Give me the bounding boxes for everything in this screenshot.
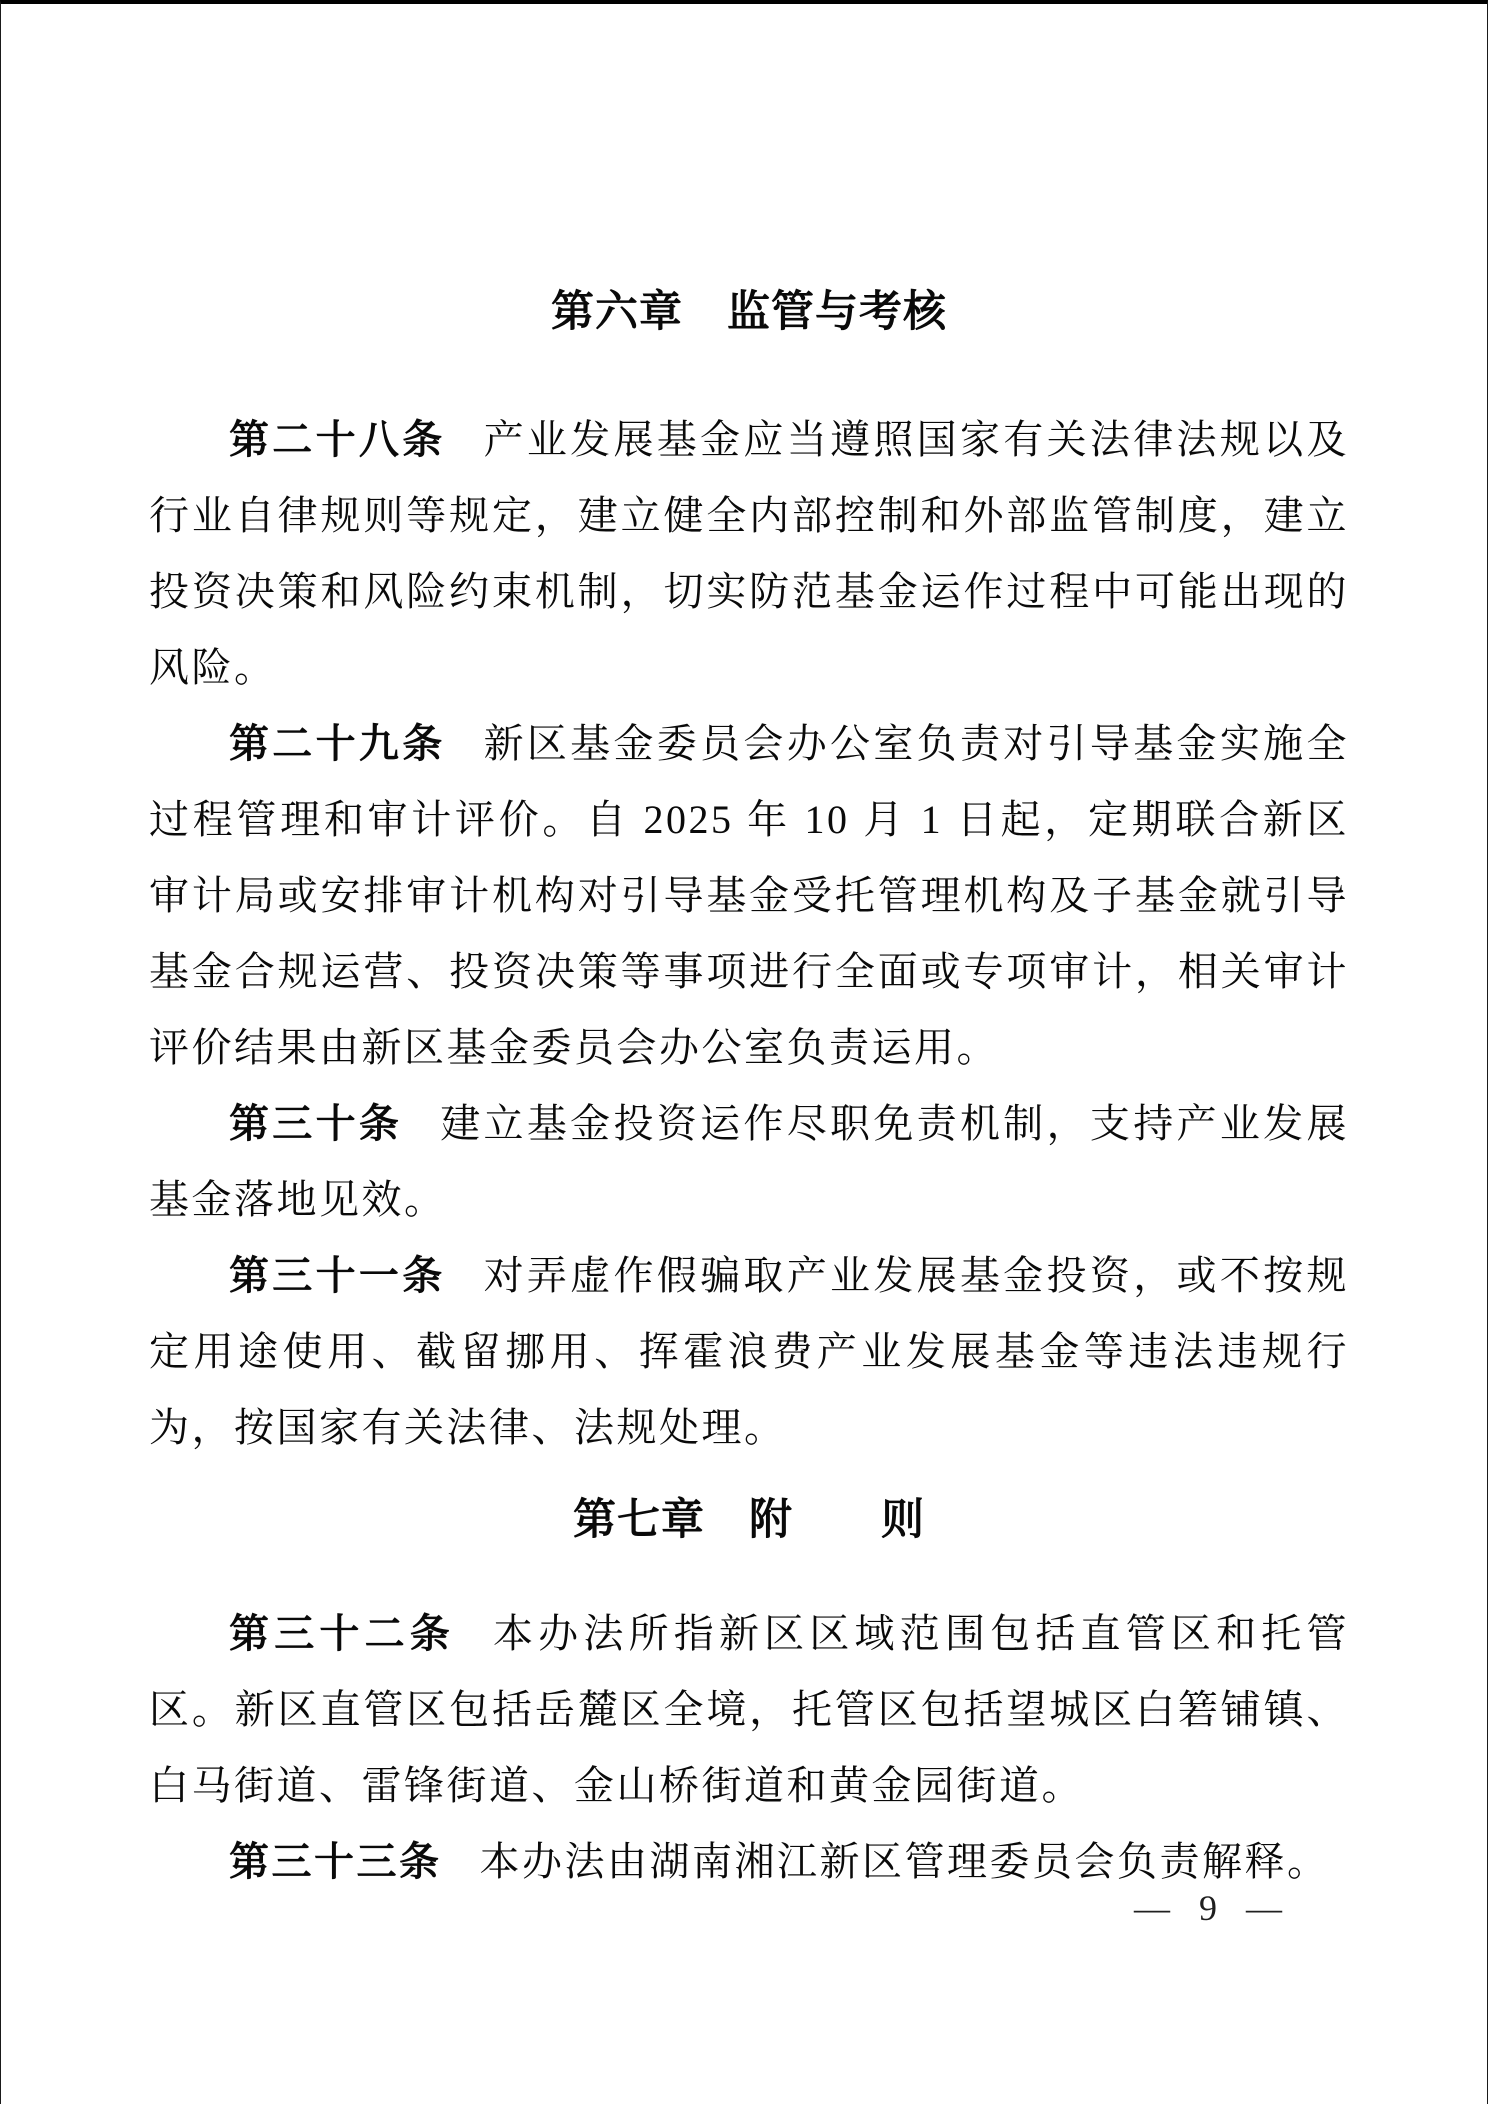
article-31: 第三十一条对弄虚作假骗取产业发展基金投资，或不按规定用途使用、截留挪用、挥霍浪费… [149, 1238, 1349, 1466]
article-33-text: 本办法由湖南湘江新区管理委员会负责解释。 [480, 1839, 1330, 1884]
article-32: 第三十二条本办法所指新区区域范围包括直管区和托管区。新区直管区包括岳麓区全境，托… [149, 1596, 1349, 1824]
document-body: 第六章 监管与考核 第二十八条产业发展基金应当遵照国家有关法律法规以及行业自律规… [149, 282, 1349, 1900]
article-31-number-label: 第三十一条 [229, 1254, 446, 1298]
article-29-text: 新区基金委员会办公室负责对引导基金实施全过程管理和审计评价。自 2025 年 1… [149, 721, 1349, 1070]
article-32-number-label: 第三十二条 [229, 1612, 455, 1656]
article-30: 第三十条建立基金投资运作尽职免责机制，支持产业发展基金落地见效。 [149, 1086, 1349, 1238]
article-29: 第二十九条新区基金委员会办公室负责对引导基金实施全过程管理和审计评价。自 202… [149, 706, 1349, 1086]
article-33-number-label: 第三十三条 [229, 1840, 442, 1884]
page-number: — 9 — [1134, 1888, 1284, 1928]
document-page: 第六章 监管与考核 第二十八条产业发展基金应当遵照国家有关法律法规以及行业自律规… [0, 0, 1488, 2104]
article-28-number-label: 第二十八条 [229, 418, 446, 462]
article-30-number-label: 第三十条 [229, 1102, 402, 1146]
article-28: 第二十八条产业发展基金应当遵照国家有关法律法规以及行业自律规则等规定，建立健全内… [149, 402, 1349, 706]
chapter-heading-6: 第六章 监管与考核 [149, 282, 1349, 342]
chapter-heading-7: 第七章 附 则 [149, 1490, 1349, 1550]
article-29-number-label: 第二十九条 [229, 722, 446, 766]
